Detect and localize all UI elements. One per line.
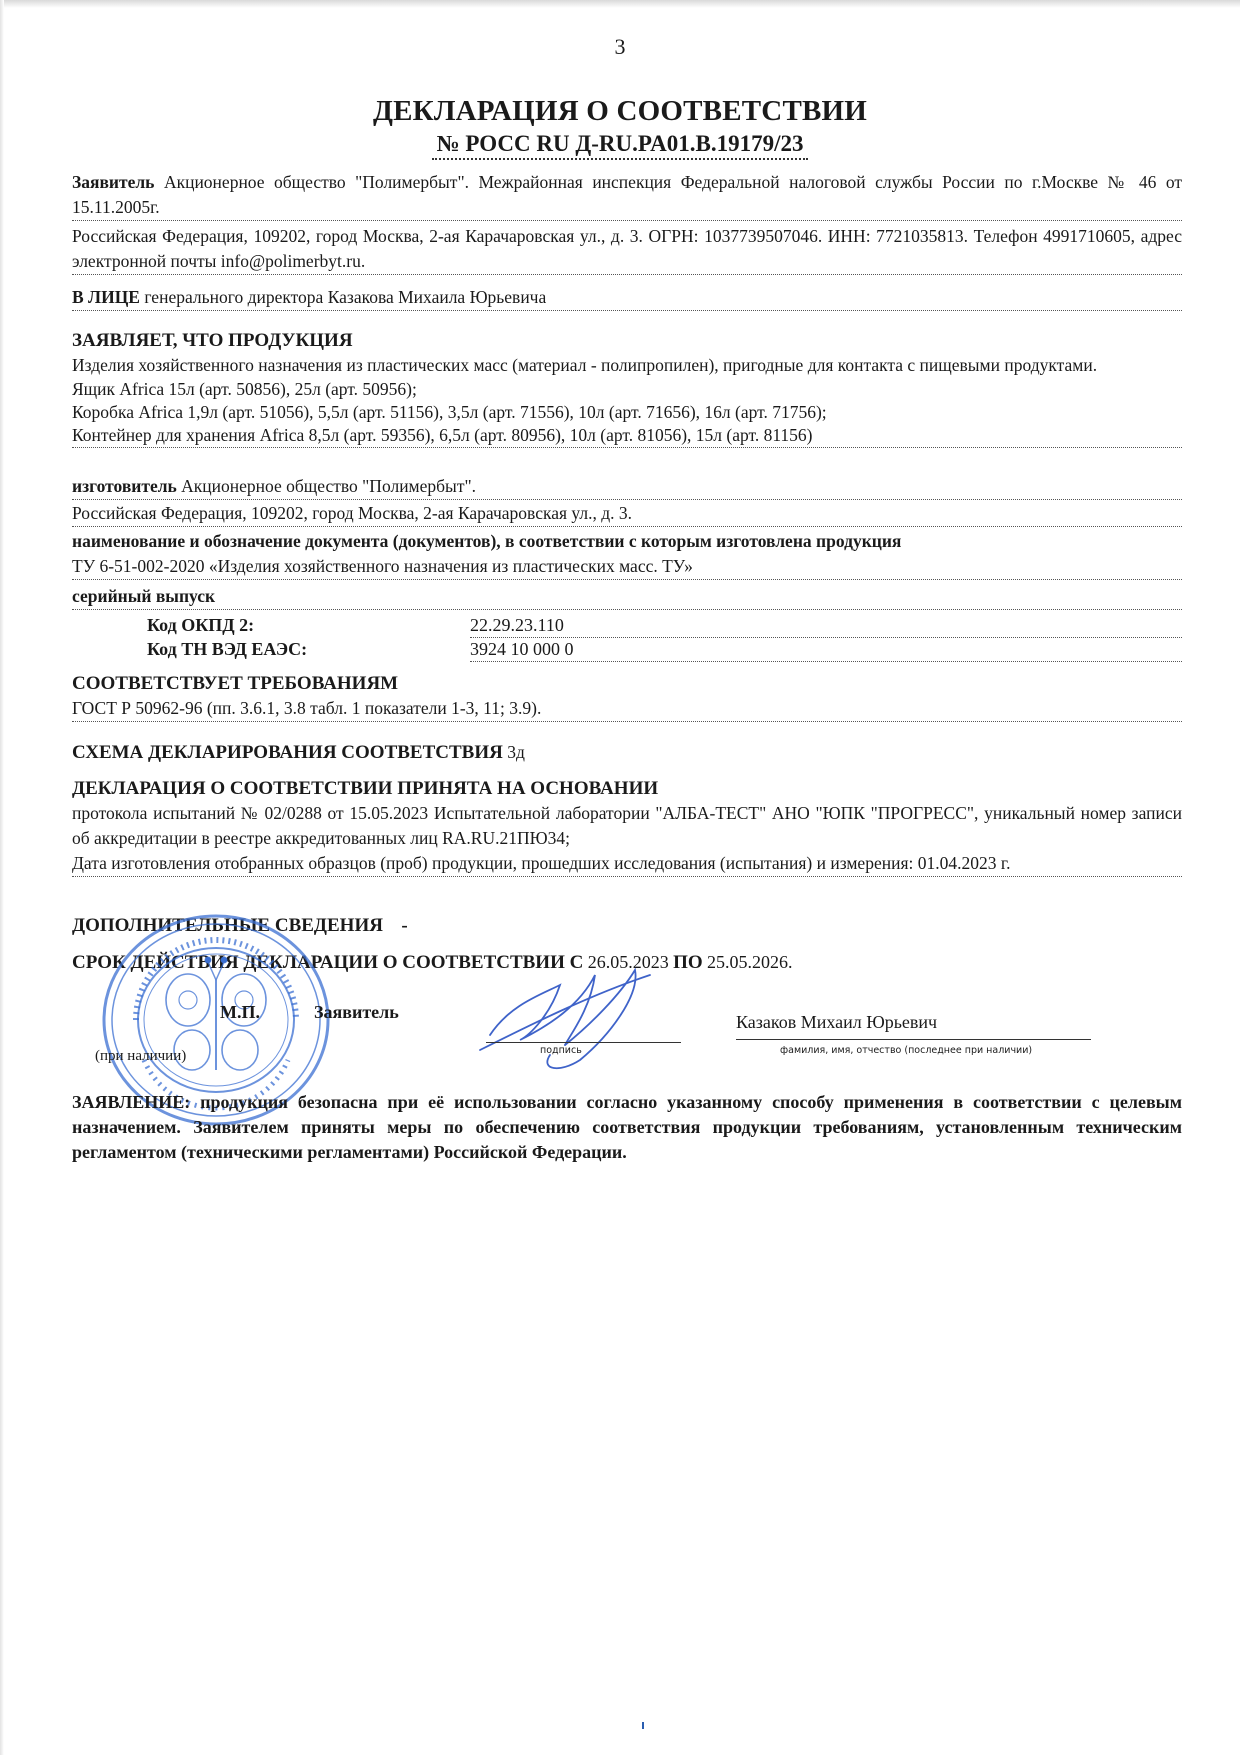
signatory-name: Казаков Михаил Юрьевич <box>736 1012 937 1033</box>
scan-shadow-left <box>0 0 4 1755</box>
signature-caption: подпись <box>540 1045 582 1056</box>
signature-applicant-label: Заявитель <box>314 1002 399 1023</box>
basis-heading: ДЕКЛАРАЦИЯ О СООТВЕТСТВИИ ПРИНЯТА НА ОСН… <box>72 777 1182 801</box>
standard-doc-block: наименование и обозначение документа (до… <box>72 529 1182 580</box>
represented-by-line: В ЛИЦЕ генерального директора Казакова М… <box>72 285 1182 311</box>
represented-by-text: генерального директора Казакова Михаила … <box>144 287 546 307</box>
page-number: 3 <box>0 34 1240 60</box>
represented-by-label: В ЛИЦЕ <box>72 287 140 307</box>
document-title: ДЕКЛАРАЦИЯ О СООТВЕТСТВИИ <box>0 95 1240 128</box>
codes-table: Код ОКПД 2: 22.29.23.110 Код ТН ВЭД ЕАЭС… <box>147 613 1182 661</box>
validity-to-label: ПО <box>673 952 703 973</box>
requirements-heading: СООТВЕТСТВУЕТ ТРЕБОВАНИЯМ <box>72 672 1182 696</box>
production-type: серийный выпуск <box>72 584 1182 610</box>
additional-value: - <box>401 915 407 936</box>
statement-text: продукция безопасна при её использовании… <box>72 1092 1182 1162</box>
declaration-page: 3 ДЕКЛАРАЦИЯ О СООТВЕТСТВИИ № РОСС RU Д-… <box>0 0 1240 1755</box>
signature-line <box>486 1042 681 1043</box>
applicant-label: Заявитель <box>72 172 154 192</box>
standard-doc-text: ТУ 6-51-002-2020 «Изделия хозяйственного… <box>72 554 1182 579</box>
product-item: Ящик Africa 15л (арт. 50856), 25л (арт. … <box>72 378 1182 401</box>
manufacturer-line: изготовитель Акционерное общество "Полим… <box>72 474 1182 500</box>
stamp-label: М.П. <box>220 1002 260 1023</box>
manufacturer-address: Российская Федерация, 109202, город Моск… <box>72 501 1182 527</box>
applicant-text: Акционерное общество "Полимербыт". Межра… <box>72 172 1182 217</box>
sample-date: Дата изготовления отобранных образцов (п… <box>72 851 1182 876</box>
basis-block: ДЕКЛАРАЦИЯ О СООТВЕТСТВИИ ПРИНЯТА НА ОСН… <box>72 777 1182 877</box>
scan-shadow-top <box>0 0 1240 8</box>
scheme-value: 3д <box>507 742 525 762</box>
code-row: Код ТН ВЭД ЕАЭС: 3924 10 000 0 <box>147 637 1182 661</box>
stamp-note: (при наличии) <box>95 1048 186 1065</box>
product-item: Контейнер для хранения Africa 8,5л (арт.… <box>72 424 1182 448</box>
applicant-line: Заявитель Акционерное общество "Полимерб… <box>72 170 1182 221</box>
requirements-block: СООТВЕТСТВУЕТ ТРЕБОВАНИЯМ ГОСТ Р 50962-9… <box>72 672 1182 722</box>
manufacturer-label: изготовитель <box>72 476 177 496</box>
signature-icon <box>470 955 670 1075</box>
basis-text: протокола испытаний № 02/0288 от 15.05.2… <box>72 801 1182 851</box>
standard-doc-heading: наименование и обозначение документа (до… <box>72 529 1182 554</box>
code-value: 3924 10 000 0 <box>470 637 1182 662</box>
name-caption: фамилия, имя, отчество (последнее при на… <box>780 1045 1032 1056</box>
code-row: Код ОКПД 2: 22.29.23.110 <box>147 613 1182 637</box>
product-description: Изделия хозяйственного назначения из пла… <box>72 353 1182 378</box>
scan-mark <box>642 1722 644 1729</box>
applicant-address: Российская Федерация, 109202, город Моск… <box>72 224 1182 275</box>
document-number: № РОСС RU Д-RU.PA01.B.19179/23 <box>432 131 807 160</box>
name-line <box>736 1039 1091 1040</box>
requirements-text: ГОСТ Р 50962-96 (пп. 3.6.1, 3.8 табл. 1 … <box>72 696 1182 722</box>
scheme-line: СХЕМА ДЕКЛАРИРОВАНИЯ СООТВЕТСТВИЯ 3д <box>72 740 1182 765</box>
product-item: Коробка Africa 1,9л (арт. 51056), 5,5л (… <box>72 401 1182 424</box>
statement-label: ЗАЯВЛЕНИЕ: <box>72 1092 190 1112</box>
declares-block: ЗАЯВЛЯЕТ, ЧТО ПРОДУКЦИЯ Изделия хозяйств… <box>72 329 1182 448</box>
code-value: 22.29.23.110 <box>470 613 1182 638</box>
declares-heading: ЗАЯВЛЯЕТ, ЧТО ПРОДУКЦИЯ <box>72 329 1182 353</box>
code-label: Код ОКПД 2: <box>147 613 254 637</box>
statement-block: ЗАЯВЛЕНИЕ: продукция безопасна при её ис… <box>72 1090 1182 1165</box>
scheme-heading: СХЕМА ДЕКЛАРИРОВАНИЯ СООТВЕТСТВИЯ <box>72 742 503 763</box>
code-label: Код ТН ВЭД ЕАЭС: <box>147 637 307 661</box>
validity-to: 25.05.2026. <box>707 952 793 972</box>
document-number-wrap: № РОСС RU Д-RU.PA01.B.19179/23 <box>0 131 1240 160</box>
manufacturer-text: Акционерное общество "Полимербыт". <box>181 476 476 496</box>
